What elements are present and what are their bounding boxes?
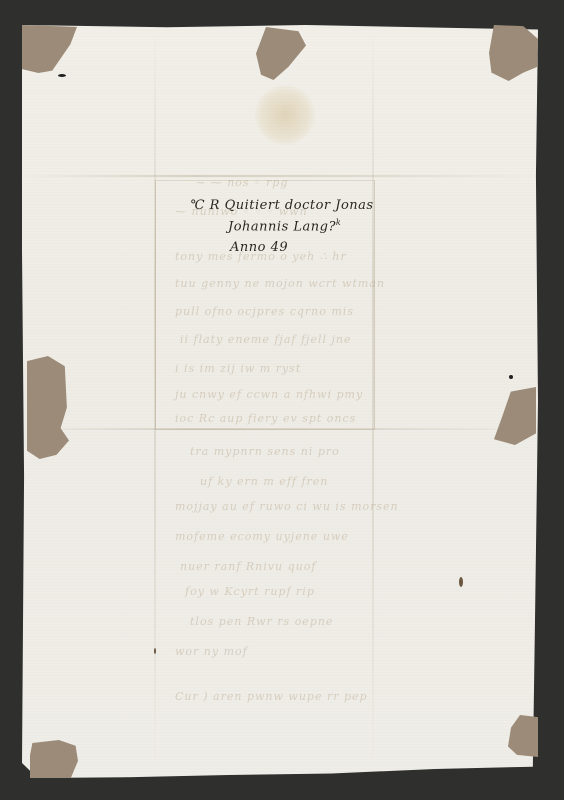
ink-speck [459,577,463,587]
bleed-line: ~ ⁓ nos ◦ rpg [196,176,288,189]
ink-speck [509,375,513,379]
endorsement-name: Johannis Lang? [228,219,336,234]
bleed-line: ii flaty eneme fjaf fjell jne [180,333,352,346]
bleed-line: tuu genny ne mojon wcrt wtman [175,277,385,290]
bleed-line: pull ofno ocjpres cqrno mis [175,305,354,318]
endorsement-mark: k [336,218,341,227]
bleed-line: ju cnwy ef ccwn a nfhwi pmy [175,388,363,401]
repair-patch-left-middle [27,356,69,459]
ink-speck [154,648,156,654]
water-stain [255,85,315,145]
endorsement-line-2: Johannis Lang?k [228,218,341,234]
bleed-line: uf ky ern m eff fren [200,475,328,488]
repair-patch-bottom-left [30,740,78,778]
endorsement-line-3: Anno 49 [230,240,288,255]
bleed-line: foy w Kcyrt rupf rip [185,585,315,598]
bleed-line: Cur ) aren pwnw wupe rr pep [175,690,368,703]
ink-speck [58,74,66,77]
bleed-line: nuer ranf Rnivu quof [180,560,316,573]
endorsement-line-1: ℃ R Quitiert doctor Jonas [190,198,374,213]
bleed-line: wor ny mof [175,645,248,658]
bleed-line: i is im zij iw m ryst [175,362,301,375]
bleed-line: mojjay au ef ruwo ci wu is morsen [175,500,399,513]
bleed-line: tlos pen Rwr rs oepne [190,615,333,628]
bleed-line: mofeme ecomy uyjene uwe [175,530,349,543]
bleed-line: tra mypnrn sens ni pro [190,445,340,458]
bleed-line: ioc Rc aup fiery ev spt oncs [175,412,356,425]
